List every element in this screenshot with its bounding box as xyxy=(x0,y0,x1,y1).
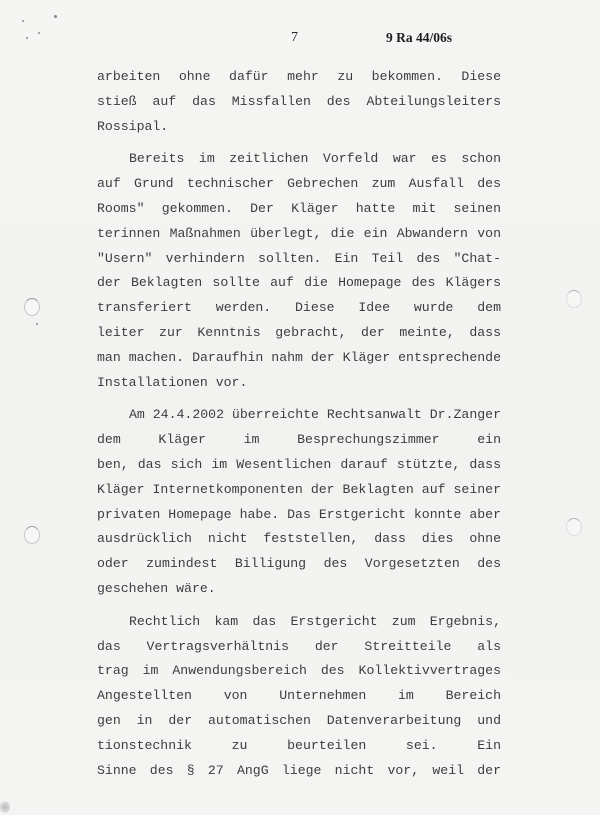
punch-hole-right-top xyxy=(566,290,582,308)
text-line: Installationen vor. xyxy=(97,371,501,396)
text-line: man machen. Daraufhin nahm der Kläger en… xyxy=(97,346,501,371)
scanned-page: 7 9 Ra 44/06s arbeiten ohne dafür mehr z… xyxy=(0,0,600,815)
text-line: Rooms" gekommen. Der Kläger hatte mit se… xyxy=(97,197,501,222)
punch-hole-left-top xyxy=(24,298,40,316)
paragraph: arbeiten ohne dafür mehr zu bekommen. Di… xyxy=(97,65,501,139)
text-line: geschehen wäre. xyxy=(97,577,501,602)
scan-speck xyxy=(26,37,28,39)
text-line: ben, das sich im Wesentlichen darauf stü… xyxy=(97,453,501,478)
text-line: Angestellten von Unternehmen im Bereich … xyxy=(97,684,501,709)
text-line: auf Grund technischer Gebrechen zum Ausf… xyxy=(97,172,501,197)
page-number: 7 xyxy=(291,30,298,46)
text-line: gen in der automatischen Datenverarbeitu… xyxy=(97,709,501,734)
text-line: leiter zur Kenntnis gebracht, der meinte… xyxy=(97,321,501,346)
paragraph-gap xyxy=(97,395,501,403)
case-reference: 9 Ra 44/06s xyxy=(386,30,452,46)
paragraph-gap xyxy=(97,602,501,610)
paragraph: Rechtlich kam das Erstgericht zum Ergebn… xyxy=(97,610,501,784)
text-line: Kläger Internetkomponenten der Beklagten… xyxy=(97,478,501,503)
scan-speck xyxy=(22,20,24,22)
document-body: arbeiten ohne dafür mehr zu bekommen. Di… xyxy=(97,65,501,783)
text-line: Bereits im zeitlichen Vorfeld war es sch… xyxy=(97,147,501,172)
corner-smudge xyxy=(0,800,10,814)
punch-hole-left-bottom xyxy=(24,526,40,544)
text-line: ausdrücklich nicht feststellen, dass die… xyxy=(97,527,501,552)
text-line: Rossipal. xyxy=(97,115,501,140)
text-line: Rechtlich kam das Erstgericht zum Ergebn… xyxy=(97,610,501,635)
text-line: dem Kläger im Besprechungszimmer ein Ent… xyxy=(97,428,501,453)
text-line: transferiert werden. Diese Idee wurde de… xyxy=(97,296,501,321)
text-line: trag im Anwendungsbereich des Kollektivv… xyxy=(97,659,501,684)
punch-hole-right-bottom xyxy=(566,518,582,536)
text-line: tionstechnik zu beurteilen sei. Ein Entl… xyxy=(97,734,501,759)
text-line: terinnen Maßnahmen überlegt, die ein Abw… xyxy=(97,222,501,247)
scan-speck xyxy=(36,323,38,325)
paragraph-gap xyxy=(97,139,501,147)
text-line: das Vertragsverhältnis der Streitteile a… xyxy=(97,635,501,660)
text-line: stieß auf das Missfallen des Abteilungsl… xyxy=(97,90,501,115)
text-line: der Beklagten sollte auf die Homepage de… xyxy=(97,271,501,296)
paragraph: Bereits im zeitlichen Vorfeld war es sch… xyxy=(97,147,501,395)
text-line: privaten Homepage habe. Das Erstgericht … xyxy=(97,503,501,528)
scan-speck xyxy=(38,32,40,34)
paragraph: Am 24.4.2002 überreichte Rechtsanwalt Dr… xyxy=(97,403,501,601)
text-line: Am 24.4.2002 überreichte Rechtsanwalt Dr… xyxy=(97,403,501,428)
text-line: oder zumindest Billigung des Vorgesetzte… xyxy=(97,552,501,577)
text-line: arbeiten ohne dafür mehr zu bekommen. Di… xyxy=(97,65,501,90)
text-line: "Usern" verhindern sollten. Ein Teil des… xyxy=(97,247,501,272)
text-line: Sinne des § 27 AngG liege nicht vor, wei… xyxy=(97,759,501,784)
scan-speck xyxy=(54,15,57,18)
